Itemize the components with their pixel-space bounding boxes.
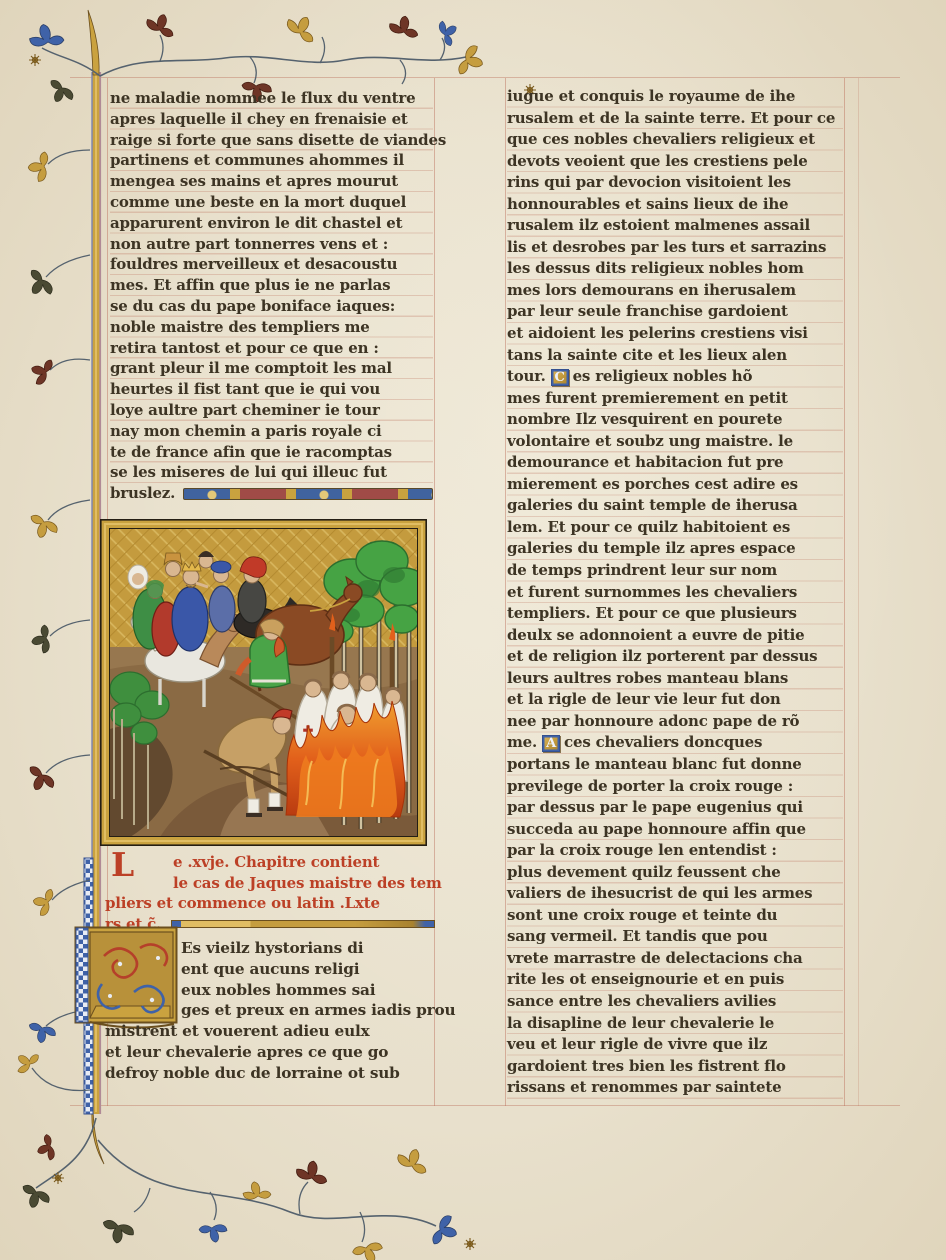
left-column-last-line: bruslez.	[110, 483, 433, 504]
line-text: galeries du saint temple de iherusa	[507, 496, 797, 514]
rubric-line: pliers et commence ou latin .Lxte	[105, 893, 435, 914]
text-line: me.Aces chevaliers doncques	[507, 732, 843, 754]
ruling-line-horizontal	[70, 1105, 900, 1106]
line-text: les dessus dits religieux nobles hom	[507, 259, 804, 277]
text-line: defroy noble duc de lorraine ot sub	[105, 1063, 435, 1084]
text-line: apres laquelle il chey en frenaisie et	[110, 109, 433, 130]
gold-bar-filler	[171, 920, 435, 928]
line-text: et la rigle de leur vie leur fut don	[507, 690, 781, 708]
text-line: par la croix rouge len entendist :	[507, 840, 843, 862]
text-line: mengea ses mains et apres mourut	[110, 171, 433, 192]
line-text: honnourables et sains lieux de ihe	[507, 195, 788, 213]
text-line: galeries du saint temple de iherusa	[507, 495, 843, 517]
line-text: lem. Et pour ce quilz habitoient es	[507, 518, 790, 536]
text-line: retira tantost et pour ce que en :	[110, 338, 433, 359]
text-line: se les miseres de lui qui illeuc fut	[110, 462, 433, 483]
line-text: par dessus par le pape eugenius qui	[507, 798, 803, 816]
text-line: previlege de porter la croix rouge :	[507, 776, 843, 798]
line-text: vrete marrastre de delectacions cha	[507, 949, 803, 967]
text-line: vrete marrastre de delectacions cha	[507, 948, 843, 970]
line-text: et furent surnommes les chevaliers	[507, 583, 797, 601]
line-text: succeda au pape honnoure affin que	[507, 820, 806, 838]
text-line: sang vermeil. Et tandis que pou	[507, 926, 843, 948]
line-prefix: tour.	[507, 367, 546, 385]
text-line: non autre part tonnerres vens et :	[110, 234, 433, 255]
text-line: rusalem et de la sainte terre. Et pour c…	[507, 108, 843, 130]
text-line: rins qui par devocion visitoient les	[507, 172, 843, 194]
text-line: te de france afin que ie racomptas	[110, 442, 433, 463]
line-text: rite les ot enseignourie et en puis	[507, 970, 784, 988]
text-line: sont une croix rouge et teinte du	[507, 905, 843, 927]
manuscript-page: ne maladie nommee le flux du ventreapres…	[0, 0, 946, 1260]
text-line: nee par honnoure adonc pape de rõ	[507, 711, 843, 733]
line-text: iugue et conquis le royaume de ihe	[507, 87, 795, 105]
text-line: grant pleur il me comptoit les mal	[110, 358, 433, 379]
line-text: demourance et habitacion fut pre	[507, 453, 783, 471]
text-line: fouldres merveilleux et desacoustu	[110, 254, 433, 275]
text-line: la disapline de leur chevalerie le	[507, 1013, 843, 1035]
text-line: plus devement quilz feussent che	[507, 862, 843, 884]
rubric-chapter-heading: L e .xvje. Chapitre contient le cas de J…	[105, 852, 435, 934]
line-text: es religieux nobles hõ	[573, 367, 753, 385]
line-text: la disapline de leur chevalerie le	[507, 1014, 774, 1032]
text-line: par dessus par le pape eugenius qui	[507, 797, 843, 819]
line-text: mes lors demourans en iherusalem	[507, 281, 796, 299]
line-text: rusalem ilz estoient malmenes assail	[507, 216, 810, 234]
line-text: nombre Ilz vesquirent en pourete	[507, 410, 782, 428]
text-line: templiers. Et pour ce que plusieurs	[507, 603, 843, 625]
text-line: lis et desrobes par les turs et sarrazin…	[507, 237, 843, 259]
ruling-line-horizontal	[70, 77, 900, 78]
text-line: et la rigle de leur vie leur fut don	[507, 689, 843, 711]
text-line: de temps prindrent leur sur nom	[507, 560, 843, 582]
text-line: portans le manteau blanc fut donne	[507, 754, 843, 776]
text-line: noble maistre des templiers me	[110, 317, 433, 338]
text-line: nay mon chemin a paris royale ci	[110, 421, 433, 442]
text-line: ne maladie nommee le flux du ventre	[110, 88, 433, 109]
line-text: rissans et renommes par saintete	[507, 1078, 781, 1096]
text-line: que ces nobles chevaliers religieux et	[507, 129, 843, 151]
text-line: valiers de ihesucrist de qui les armes	[507, 883, 843, 905]
line-text: sance entre les chevaliers avilies	[507, 992, 776, 1010]
text-line: apparurent environ le dit chastel et	[110, 213, 433, 234]
text-line: lem. Et pour ce quilz habitoient es	[507, 517, 843, 539]
text-line: rusalem ilz estoient malmenes assail	[507, 215, 843, 237]
text-line: ges et preux en armes iadis prou	[105, 1000, 435, 1021]
text-line: et furent surnommes les chevaliers	[507, 582, 843, 604]
line-text: que ces nobles chevaliers religieux et	[507, 130, 815, 148]
line-prefix: me.	[507, 733, 537, 751]
text-line: veu et leur rigle de vivre que ilz	[507, 1034, 843, 1056]
text-line: mierement es porches cest adire es	[507, 474, 843, 496]
line-text: tans la sainte cite et les lieux alen	[507, 346, 787, 364]
line-text: volontaire et soubz ung maistre. le	[507, 432, 793, 450]
text-line: mes lors demourans en iherusalem	[507, 280, 843, 302]
text-line: et aidoient les pelerins crestiens visi	[507, 323, 843, 345]
text-line: se du cas du pape boniface iaques:	[110, 296, 433, 317]
line-text: sang vermeil. Et tandis que pou	[507, 927, 768, 945]
champ-initial: C	[551, 369, 569, 386]
text-line: loye aultre part cheminer ie tour	[110, 400, 433, 421]
line-text: valiers de ihesucrist de qui les armes	[507, 884, 812, 902]
line-text: lis et desrobes par les turs et sarrazin…	[507, 238, 826, 256]
line-text: ces chevaliers doncques	[564, 733, 762, 751]
line-text: et aidoient les pelerins crestiens visi	[507, 324, 808, 342]
line-text: par leur seule franchise gardoient	[507, 302, 788, 320]
line-text: rusalem et de la sainte terre. Et pour c…	[507, 109, 835, 127]
ruling-line-vertical	[505, 78, 506, 1106]
text-line: sance entre les chevaliers avilies	[507, 991, 843, 1013]
line-text: gardoient tres bien les fistrent flo	[507, 1057, 786, 1075]
text-line: comme une beste en la mort duquel	[110, 192, 433, 213]
text-line: heurtes il fist tant que ie qui vou	[110, 379, 433, 400]
text-line: succeda au pape honnoure affin que	[507, 819, 843, 841]
text-line: rissans et renommes par saintete	[507, 1077, 843, 1099]
left-column-text-lower: Es vieilz hystorians dient que aucuns re…	[105, 938, 435, 1084]
line-text: sont une croix rouge et teinte du	[507, 906, 777, 924]
line-text: templiers. Et pour ce que plusieurs	[507, 604, 797, 622]
line-text: et de religion ilz porterent par dessus	[507, 647, 817, 665]
text-line: et leur chevalerie apres ce que go	[105, 1042, 435, 1063]
line-text: leurs aultres robes manteau blans	[507, 669, 788, 687]
text-line: les dessus dits religieux nobles hom	[507, 258, 843, 280]
rubric-line: e .xvje. Chapitre contient	[173, 853, 379, 871]
text-line: devots veoient que les crestiens pele	[507, 151, 843, 173]
text-line: gardoient tres bien les fistrent flo	[507, 1056, 843, 1078]
text-line: iugue et conquis le royaume de ihe	[507, 86, 843, 108]
miniature-burning-of-templars	[100, 519, 427, 846]
line-text: par la croix rouge len entendist :	[507, 841, 777, 859]
text-line: volontaire et soubz ung maistre. le	[507, 431, 843, 453]
line-text: devots veoient que les crestiens pele	[507, 152, 808, 170]
text-line: mistrent et vouerent adieu eulx	[105, 1021, 435, 1042]
text-line: tans la sainte cite et les lieux alen	[507, 345, 843, 367]
initial-spacer	[105, 938, 181, 1001]
left-column-text-upper: ne maladie nommee le flux du ventreapres…	[110, 88, 433, 483]
line-text: portans le manteau blanc fut donne	[507, 755, 802, 773]
line-text: rins qui par devocion visitoient les	[507, 173, 791, 191]
line-text: mierement es porches cest adire es	[507, 475, 798, 493]
ruling-line-vertical	[844, 78, 845, 1106]
text-line: mes furent premierement en petit	[507, 388, 843, 410]
line-text: mes furent premierement en petit	[507, 389, 788, 407]
line-text: galeries du temple ilz apres espace	[507, 539, 796, 557]
line-text: deulx se adonnoient a euvre de pitie	[507, 626, 805, 644]
text-line: et de religion ilz porterent par dessus	[507, 646, 843, 668]
line-text: previlege de porter la croix rouge :	[507, 777, 793, 795]
text-line: deulx se adonnoient a euvre de pitie	[507, 625, 843, 647]
line-text: plus devement quilz feussent che	[507, 863, 781, 881]
text-line: galeries du temple ilz apres espace	[507, 538, 843, 560]
ruling-line-vertical	[858, 78, 859, 1106]
text-line: rite les ot enseignourie et en puis	[507, 969, 843, 991]
text-line: mes. Et affin que plus ie ne parlas	[110, 275, 433, 296]
line-text: nee par honnoure adonc pape de rõ	[507, 712, 799, 730]
text-line: raige si forte que sans disette de viand…	[110, 130, 433, 151]
text-line: partinens et communes ahommes il	[110, 150, 433, 171]
text-line: par leur seule franchise gardoient	[507, 301, 843, 323]
text-line: honnourables et sains lieux de ihe	[507, 194, 843, 216]
text-line: tour.Ces religieux nobles hõ	[507, 366, 843, 388]
rubric-initial-L: L	[105, 852, 173, 878]
line-text: de temps prindrent leur sur nom	[507, 561, 777, 579]
line-text: veu et leur rigle de vivre que ilz	[507, 1035, 767, 1053]
text-line: bruslez.	[110, 483, 175, 504]
text-line: leurs aultres robes manteau blans	[507, 668, 843, 690]
line-filler-bar	[183, 488, 433, 500]
right-column-text: iugue et conquis le royaume de ihe rusal…	[507, 86, 843, 1099]
text-line: nombre Ilz vesquirent en pourete	[507, 409, 843, 431]
champ-initial: A	[542, 735, 560, 752]
text-line: demourance et habitacion fut pre	[507, 452, 843, 474]
